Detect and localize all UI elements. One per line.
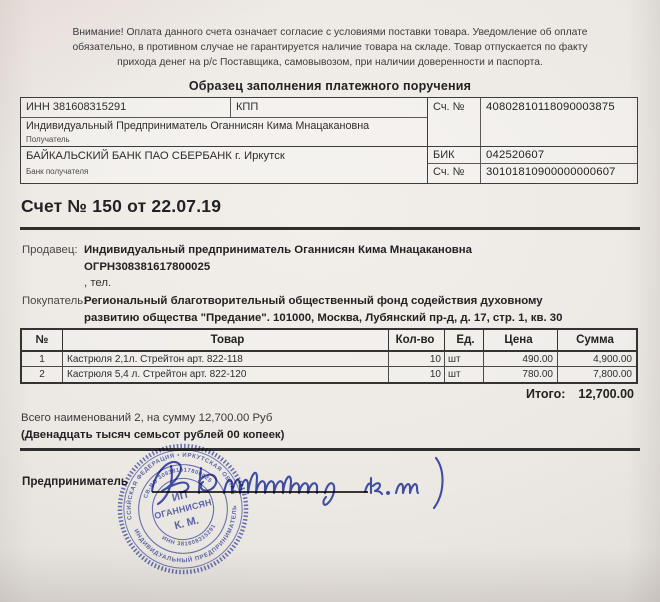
- buyer-block: Покупатель: Региональный благотворительн…: [22, 293, 562, 326]
- buyer-name-line-1: Региональный благотворительный обществен…: [84, 293, 543, 310]
- cell-sum: 4,900.00: [558, 352, 636, 366]
- account-number-value: 40802810118090003875: [481, 98, 637, 146]
- seller-phone: , тел.: [84, 275, 111, 292]
- invoice-document: Внимание! Оплата данного счета означает …: [0, 0, 660, 602]
- items-table: № Товар Кол-во Ед. Цена Сумма 1 Кастрюля…: [20, 328, 638, 384]
- bank-name-cell: БАЙКАЛЬСКИЙ БАНК ПАО СБЕРБАНК г. Иркутск: [21, 147, 427, 166]
- buyer-label: Покупатель:: [22, 293, 84, 310]
- corr-account-value: 30101810900000000607: [481, 164, 637, 183]
- bik-value: 042520607: [481, 147, 637, 163]
- seller-name: Индивидуальный предприниматель Оганнисян…: [84, 242, 472, 259]
- cell-price: 490.00: [484, 352, 558, 366]
- account-number-label: Сч. №: [428, 98, 481, 146]
- bank-requisites-table: ИНН 381608315291 КПП Индивидуальный Пред…: [20, 97, 638, 184]
- cell-price: 780.00: [484, 367, 558, 382]
- handwritten-signature: [140, 448, 460, 512]
- inn-cell: ИНН 381608315291: [21, 98, 231, 117]
- recipient-name-cell: Индивидуальный Предприниматель Оганнисян…: [21, 118, 427, 134]
- items-summary-line: Всего наименований 2, на сумму 12,700.00…: [21, 412, 272, 424]
- cell-qty: 10: [389, 352, 445, 366]
- seller-block: Продавец: Индивидуальный предприниматель…: [22, 242, 472, 292]
- recipient-label: Получатель: [21, 134, 427, 144]
- header-name: Товар: [63, 330, 389, 350]
- items-table-header: № Товар Кол-во Ед. Цена Сумма: [22, 330, 636, 352]
- cell-qty: 10: [389, 367, 445, 382]
- invoice-number-title: Счет № 150 от 22.07.19: [21, 196, 221, 217]
- totals-row: Итого: 12,700.00: [20, 387, 638, 401]
- notice-line-2: обязательно, в противном случае не гаран…: [0, 40, 660, 55]
- header-sum: Сумма: [558, 330, 636, 350]
- header-num: №: [22, 330, 63, 350]
- cell-num: 2: [22, 367, 63, 382]
- amount-in-words: (Двенадцать тысяч семьсот рублей 00 копе…: [21, 429, 284, 441]
- header-qty: Кол-во: [389, 330, 445, 350]
- notice-line-1: Внимание! Оплата данного счета означает …: [0, 25, 660, 40]
- cell-num: 1: [22, 352, 63, 366]
- table-row: 2 Кастрюля 5,4 л. Стрейтон арт. 822-120 …: [22, 367, 636, 382]
- cell-unit: шт: [445, 367, 484, 382]
- bank-label: Банк получателя: [21, 166, 427, 176]
- bik-label: БИК: [428, 147, 481, 163]
- stamp-outer-bottom-text: ИНДИВИДУАЛЬНЫЙ ПРЕДПРИНИМАТЕЛЬ: [132, 503, 249, 575]
- corr-account-label: Сч. №: [428, 164, 481, 183]
- divider-line-top: [20, 227, 640, 230]
- table-row: 1 Кастрюля 2,1л. Стрейтон арт. 822-118 1…: [22, 352, 636, 367]
- svg-text:ИНДИВИДУАЛЬНЫЙ ПРЕДПРИНИМАТЕЛЬ: ИНДИВИДУАЛЬНЫЙ ПРЕДПРИНИМАТЕЛЬ: [132, 503, 249, 575]
- kpp-cell: КПП: [231, 98, 427, 117]
- cell-sum: 7,800.00: [558, 367, 636, 382]
- total-label: Итого:: [526, 387, 565, 401]
- cell-unit: шт: [445, 352, 484, 366]
- cell-name: Кастрюля 2,1л. Стрейтон арт. 822-118: [63, 352, 389, 366]
- payment-notice: Внимание! Оплата данного счета означает …: [0, 25, 660, 70]
- buyer-name-line-2: развитию общества "Предание". 101000, Мо…: [84, 310, 562, 327]
- seller-ogrn: ОГРН308381617800025: [84, 259, 210, 276]
- payment-order-sample-title: Образец заполнения платежного поручения: [0, 79, 660, 93]
- seller-label: Продавец:: [22, 242, 84, 259]
- stamp-center-initials: К. М.: [173, 515, 200, 533]
- header-price: Цена: [484, 330, 558, 350]
- cell-name: Кастрюля 5,4 л. Стрейтон арт. 822-120: [63, 367, 389, 382]
- header-unit: Ед.: [445, 330, 484, 350]
- notice-line-3: прихода денег на р/с Поставщика, самовыв…: [0, 55, 660, 70]
- total-value: 12,700.00: [578, 387, 634, 401]
